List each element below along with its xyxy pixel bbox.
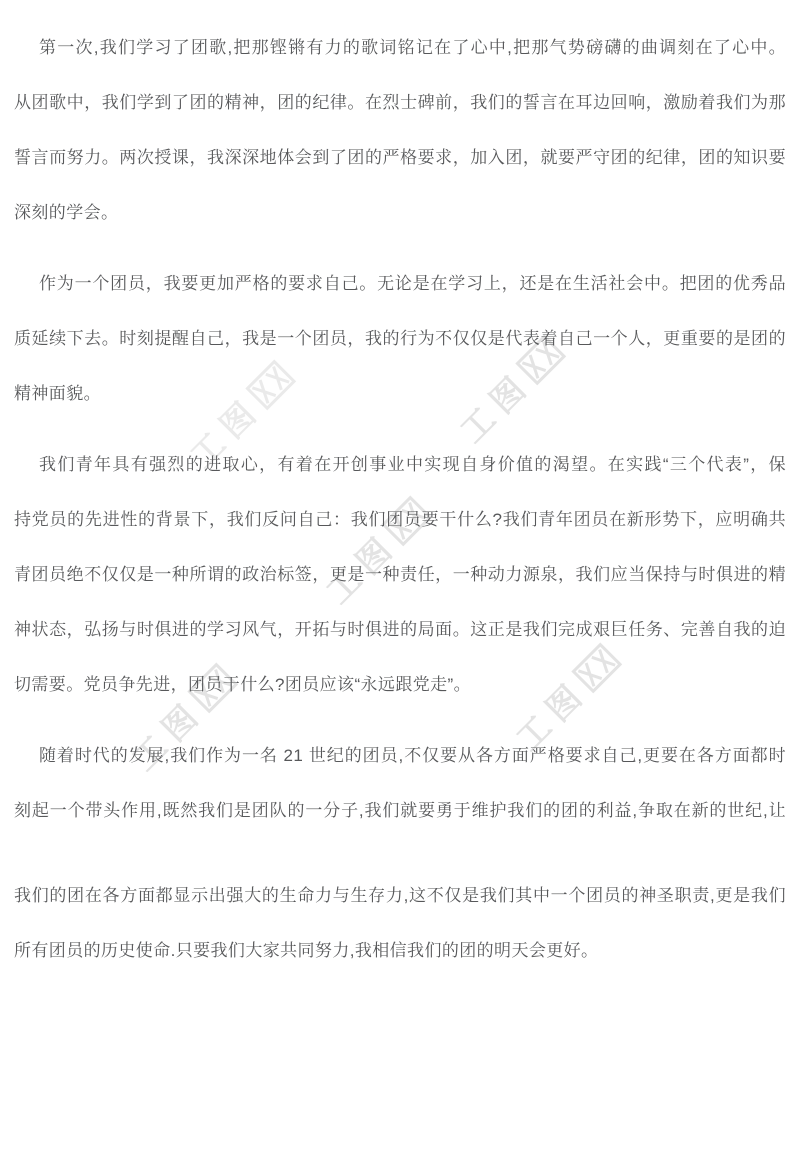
text-line: 持党员的先进性的背景下，我们反问自己：我们团员要干什么?我们青年团员在新形势下，… <box>14 492 786 547</box>
paragraph: 我们的团在各方面都显示出强大的生命力与生存力,这不仅是我们其中一个团员的神圣职责… <box>14 868 786 978</box>
paragraph: 我们青年具有强烈的进取心，有着在开创事业中实现自身价值的渴望。在实践“三个代表”… <box>14 437 786 712</box>
text-line: 所有团员的历史使命.只要我们大家共同努力,我相信我们的团的明天会更好。 <box>14 923 786 978</box>
text-line: 青团员绝不仅仅是一种所谓的政治标签，更是一种责任，一种动力源泉，我们应当保持与时… <box>14 547 786 602</box>
text-line: 深刻的学会。 <box>14 185 786 240</box>
text-line: 切需要。党员争先进，团员干什么?团员应该“永远跟党走”。 <box>14 657 786 712</box>
paragraph: 随着时代的发展,我们作为一名 21 世纪的团员,不仅要从各方面严格要求自己,更要… <box>14 728 786 838</box>
text-line: 我们青年具有强烈的进取心，有着在开创事业中实现自身价值的渴望。在实践“三个代表”… <box>14 437 786 492</box>
text-line: 从团歌中，我们学到了团的精神，团的纪律。在烈士碑前，我们的誓言在耳边回响，激励着… <box>14 75 786 130</box>
text-line: 作为一个团员，我要更加严格的要求自己。无论是在学习上，还是在生活社会中。把团的优… <box>14 256 786 311</box>
text-line: 神状态，弘扬与时俱进的学习风气，开拓与时俱进的局面。这正是我们完成艰巨任务、完善… <box>14 602 786 657</box>
paragraph: 第一次,我们学习了团歌,把那铿锵有力的歌词铭记在了心中,把那气势磅礴的曲调刻在了… <box>14 20 786 240</box>
document-body: 第一次,我们学习了团歌,把那铿锵有力的歌词铭记在了心中,把那气势磅礴的曲调刻在了… <box>14 20 786 994</box>
text-line: 第一次,我们学习了团歌,把那铿锵有力的歌词铭记在了心中,把那气势磅礴的曲调刻在了… <box>14 20 786 75</box>
text-line: 誓言而努力。两次授课，我深深地体会到了团的严格要求，加入团，就要严守团的纪律，团… <box>14 130 786 185</box>
text-line: 刻起一个带头作用,既然我们是团队的一分子,我们就要勇于维护我们的团的利益,争取在… <box>14 783 786 838</box>
text-line: 质延续下去。时刻提醒自己，我是一个团员，我的行为不仅仅是代表着自己一个人，更重要… <box>14 311 786 366</box>
document-page: 工图 工图 工图 工图 <box>0 0 800 1152</box>
text-line: 我们的团在各方面都显示出强大的生命力与生存力,这不仅是我们其中一个团员的神圣职责… <box>14 868 786 923</box>
text-line: 精神面貌。 <box>14 366 786 421</box>
paragraph: 作为一个团员，我要更加严格的要求自己。无论是在学习上，还是在生活社会中。把团的优… <box>14 256 786 421</box>
text-line: 随着时代的发展,我们作为一名 21 世纪的团员,不仅要从各方面严格要求自己,更要… <box>14 728 786 783</box>
